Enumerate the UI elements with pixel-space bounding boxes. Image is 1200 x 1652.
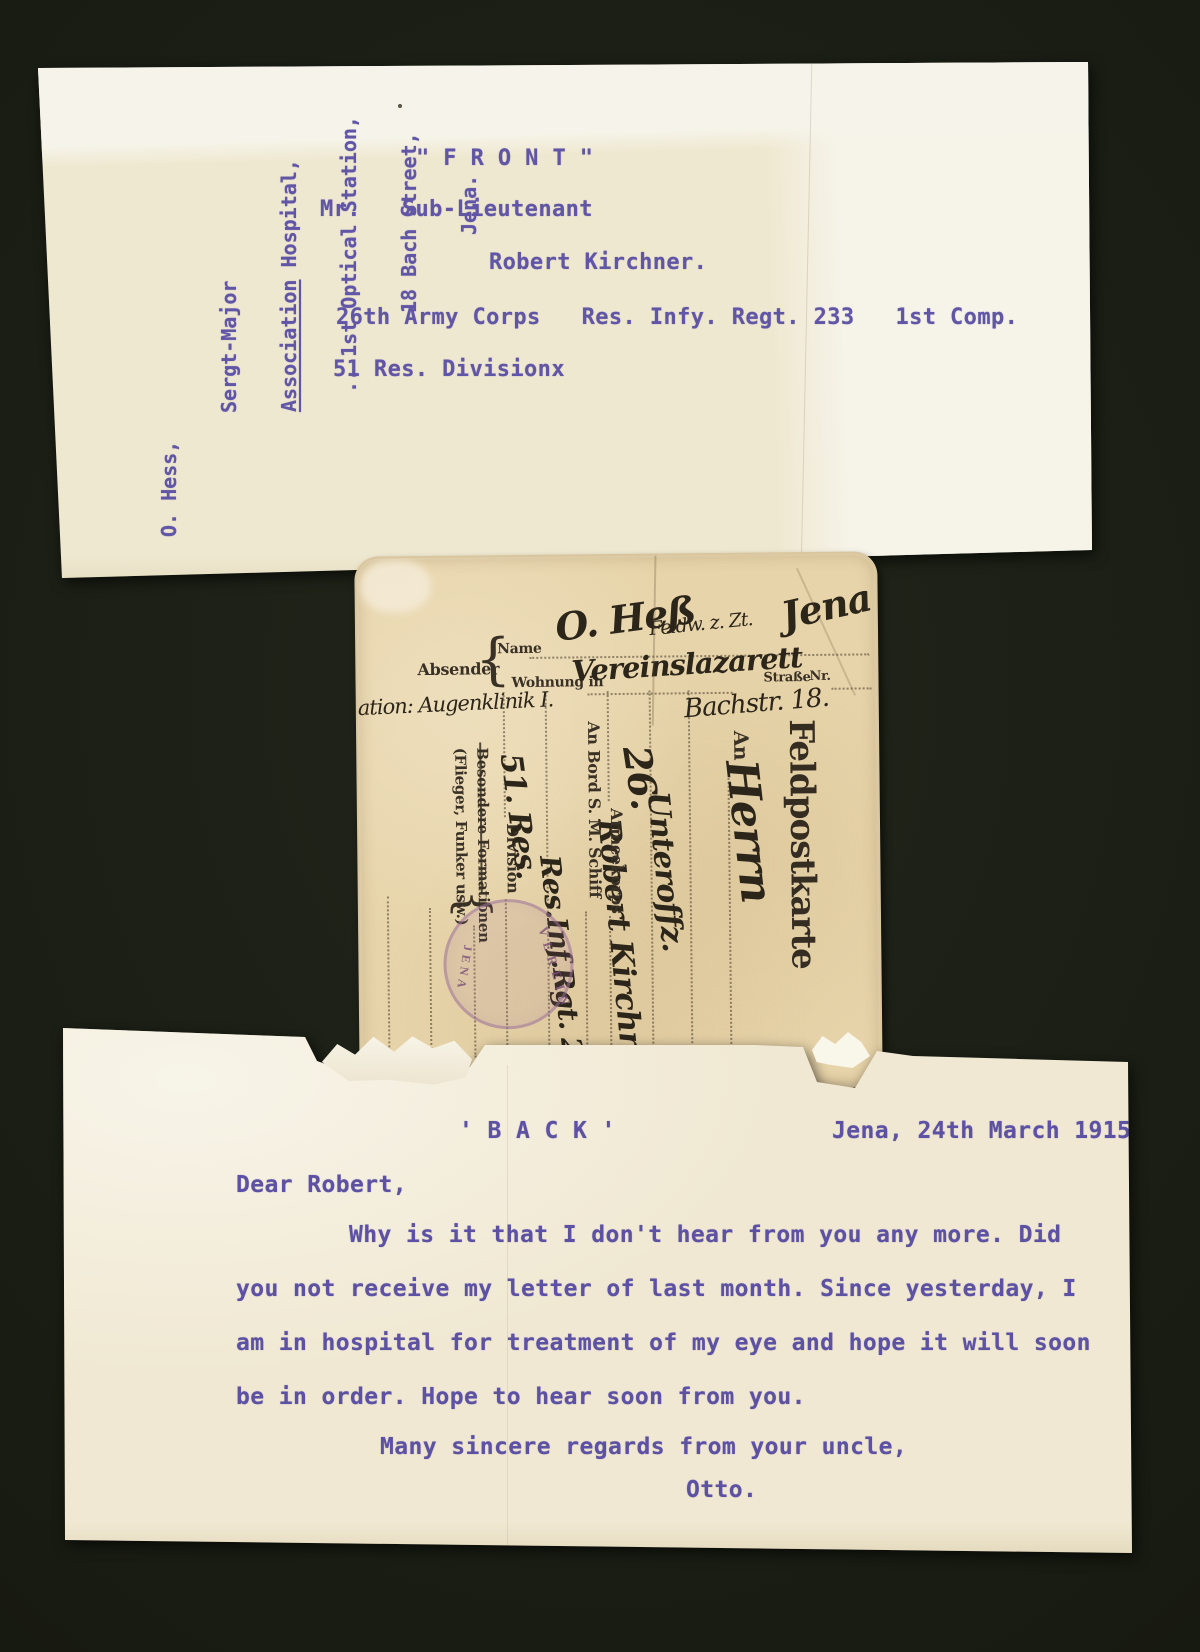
hw-division: 51. Res. (493, 751, 544, 881)
armeekorps-label: Armeekorps (607, 808, 627, 914)
an-label: An (729, 731, 753, 761)
address-line (688, 690, 694, 1070)
back-closing: Many sincere regards from your uncle, (380, 1434, 907, 1460)
an-bord-label: An Bord S. M. Schiff (584, 721, 605, 898)
sender-line: Sergt-Major (219, 75, 239, 545)
back-heading: ' B A C K ' (459, 1118, 616, 1144)
sender-line-rest: Hospital, (277, 159, 301, 279)
front-line-unit: 26th Army Corps Res. Infy. Regt. 233 1st… (336, 305, 1018, 330)
form-line (387, 896, 391, 1071)
absender-brace: { (475, 627, 511, 692)
back-body-line: you not receive my letter of last month.… (236, 1276, 1077, 1302)
hw-an-herrn: Herrn (715, 757, 782, 905)
front-translation-slip: O. Hess, Sergt-Major Association Hospita… (36, 58, 1094, 582)
front-heading: " F R O N T " (416, 146, 593, 171)
back-translation-letter: ' B A C K ' Jena, 24th March 1915. Dear … (55, 1025, 1140, 1555)
nr-label: Nr. (809, 669, 830, 684)
strasse-label: Straße (763, 670, 810, 685)
hw-korps-number: 26. (614, 743, 668, 812)
form-line (607, 691, 610, 801)
back-dateline: Jena, 24th March 1915. (832, 1118, 1145, 1144)
hw-an-rank: Unteroffz. (640, 790, 690, 953)
back-body-line: Why is it that I don't hear from you any… (349, 1222, 1061, 1248)
back-body-line: be in order. Hope to hear soon from you. (236, 1384, 806, 1410)
back-salutation: Dear Robert, (236, 1172, 407, 1198)
card-title: Feldpostkarte (781, 719, 824, 969)
stamp-arc-bottom: JENA (453, 944, 476, 993)
front-line-name: Robert Kirchner. (489, 250, 707, 275)
hospital-stamp: VEREIN JENA (443, 898, 574, 1029)
name-label: Name (497, 641, 542, 657)
back-signature: Otto. (686, 1477, 757, 1503)
feldpostkarte: Feldpostkarte An Herrn Unteroffz. Robert… (354, 551, 883, 1092)
front-line-recipient: Mr. Sub-Lieutenant (320, 197, 593, 222)
stamp-arc-top: VEREIN (535, 925, 575, 1013)
front-line-division: 51 Res. Divisionx (333, 357, 565, 382)
sender-line: O. Hess, (159, 75, 179, 545)
photo-of-documents: O. Hess, Sergt-Major Association Hospita… (0, 0, 1200, 1652)
sender-line-underlined: Association (277, 280, 301, 412)
sender-line: Association Hospital, (279, 75, 299, 545)
form-line (429, 908, 433, 1068)
back-body-line: am in hospital for treatment of my eye a… (236, 1330, 1091, 1356)
